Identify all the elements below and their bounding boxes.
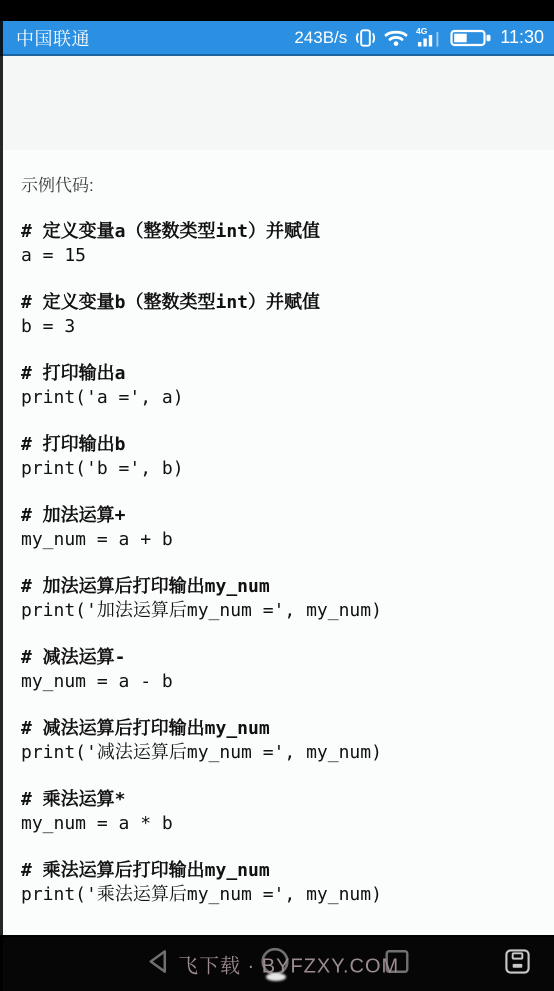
status-bar-right: 243B/s 4G	[294, 26, 544, 49]
code-comment-line: # 加法运算+	[21, 504, 540, 528]
navigation-bar: 飞下载 · BYFZXY.COM	[0, 937, 554, 991]
code-block: # 打印输出b print('b =', b)	[21, 433, 540, 481]
clock-label: 11:30	[500, 27, 544, 48]
code-block: # 减法运算- my_num = a - b	[21, 646, 540, 694]
code-line: print('加法运算后my_num =', my_num)	[21, 599, 540, 623]
content-heading: 示例代码:	[21, 171, 540, 196]
code-line: my_num = a + b	[21, 528, 540, 552]
code-comment-line: # 定义变量b（整数类型int）并赋值	[21, 291, 540, 315]
top-black-strip	[0, 0, 554, 21]
code-comment-line: # 减法运算-	[21, 646, 540, 670]
code-line: print('a =', a)	[21, 386, 540, 410]
code-comment-line: # 定义变量a（整数类型int）并赋值	[21, 220, 540, 244]
code-comment-line: # 打印输出a	[21, 362, 540, 386]
code-comment-line: # 减法运算后打印输出my_num	[21, 717, 540, 741]
code-block: # 定义变量a（整数类型int）并赋值 a = 15	[21, 220, 540, 268]
code-block: # 定义变量b（整数类型int）并赋值 b = 3	[21, 291, 540, 339]
touch-indicator-blob	[266, 973, 286, 981]
battery-icon	[450, 28, 492, 48]
code-comment-line: # 打印输出b	[21, 433, 540, 457]
carrier-label: 中国联通	[16, 25, 90, 51]
back-icon[interactable]	[144, 947, 173, 982]
code-content-area: 示例代码: # 定义变量a（整数类型int）并赋值 a = 15 # 定义变量b…	[0, 150, 554, 935]
code-blocks: # 定义变量a（整数类型int）并赋值 a = 15 # 定义变量b（整数类型i…	[21, 220, 540, 907]
app-header-band	[0, 56, 554, 150]
code-block: # 减法运算后打印输出my_num print('减法运算后my_num =',…	[21, 717, 540, 765]
code-comment-line: # 加法运算后打印输出my_num	[21, 575, 540, 599]
code-comment-line: # 乘法运算*	[21, 788, 540, 812]
code-line: print('b =', b)	[21, 457, 540, 481]
code-line: a = 15	[21, 244, 540, 268]
code-block: # 乘法运算* my_num = a * b	[21, 788, 540, 836]
save-screenshot-icon[interactable]	[504, 948, 531, 980]
network-speed-label: 243B/s	[294, 28, 347, 48]
code-comment-line: # 乘法运算后打印输出my_num	[21, 859, 540, 883]
wifi-icon	[384, 28, 408, 47]
code-block: # 打印输出a print('a =', a)	[21, 362, 540, 410]
left-edge-artifact	[0, 0, 3, 991]
code-block: # 加法运算+ my_num = a + b	[21, 504, 540, 552]
vibrate-icon	[353, 27, 378, 49]
code-line: print('减法运算后my_num =', my_num)	[21, 741, 540, 765]
code-line: my_num = a - b	[21, 670, 540, 694]
network-type-4g: 4G	[416, 26, 428, 36]
code-line: print('乘法运算后my_num =', my_num)	[21, 883, 540, 907]
code-block: # 加法运算后打印输出my_num print('加法运算后my_num =',…	[21, 575, 540, 623]
phone-screen: 中国联通 243B/s 4G	[0, 0, 554, 991]
code-line: b = 3	[21, 315, 540, 339]
signal-bars-icon: 4G	[414, 26, 444, 49]
code-block: # 乘法运算后打印输出my_num print('乘法运算后my_num =',…	[21, 859, 540, 907]
code-line: my_num = a * b	[21, 812, 540, 836]
watermark-label: 飞下载 · BYFZXY.COM	[178, 950, 399, 979]
status-bar: 中国联通 243B/s 4G	[0, 21, 554, 56]
